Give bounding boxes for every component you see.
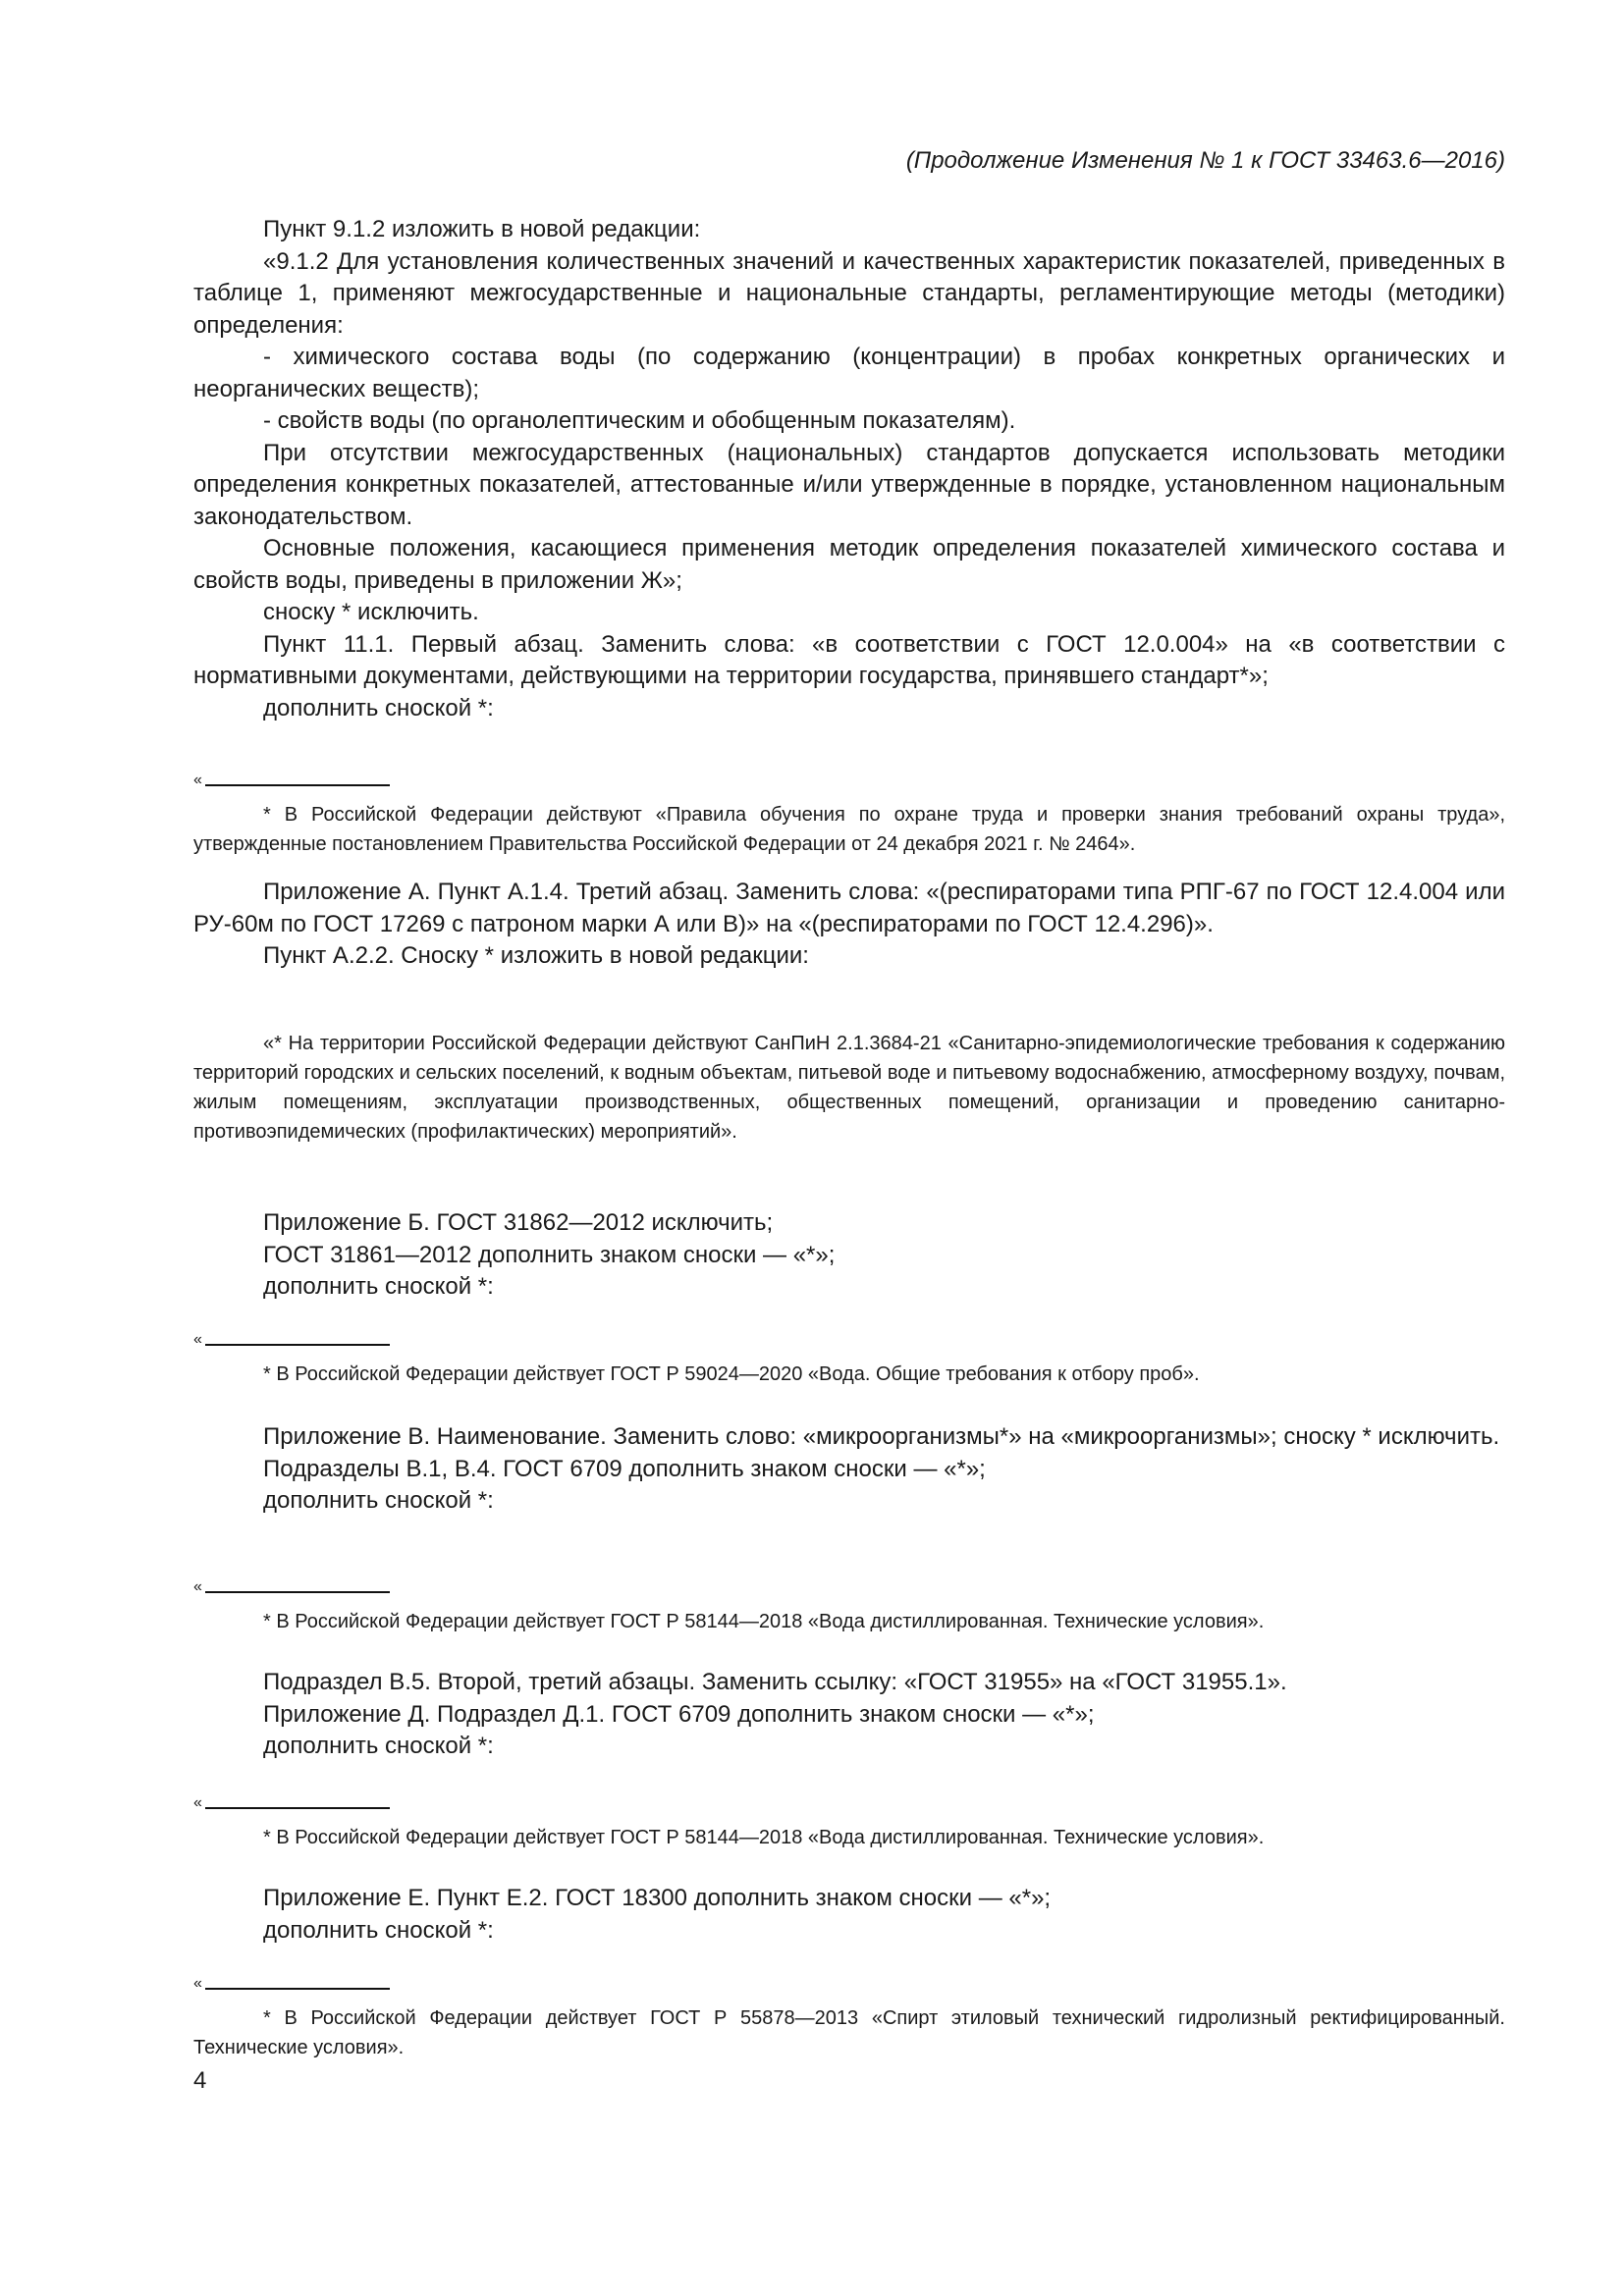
section-appendix-v: Приложение В. Наименование. Заменить сло… [193, 1421, 1505, 1518]
separator-line [205, 1344, 390, 1346]
paragraph: Пункт 9.1.2 изложить в новой редакции: [193, 214, 1505, 246]
paragraph: дополнить сноской *: [193, 1485, 1505, 1518]
paragraph: ГОСТ 31861—2012 дополнить знаком сноски … [263, 1240, 1575, 1272]
paragraph: «9.1.2 Для установления количественных з… [193, 246, 1505, 343]
paragraph: Приложение Е. Пункт Е.2. ГОСТ 18300 допо… [263, 1883, 1575, 1915]
paragraph: сноску * исключить. [193, 597, 1505, 629]
footnote-text: * В Российской Федерации действует ГОСТ … [193, 1607, 1505, 1636]
list-item: - химического состава воды (по содержани… [193, 342, 1505, 405]
footnote: * В Российской Федерации действуют «Прав… [193, 800, 1505, 859]
paragraph: Приложение Д. Подраздел Д.1. ГОСТ 6709 д… [263, 1699, 1575, 1732]
footnote-text: * В Российской Федерации действует ГОСТ … [193, 1823, 1505, 1852]
paragraph: Основные положения, касающиеся применени… [193, 533, 1505, 597]
separator-line [205, 784, 390, 786]
paragraph: Подразделы В.1, В.4. ГОСТ 6709 дополнить… [193, 1454, 1505, 1486]
footnote-separator: « [193, 1985, 400, 1999]
footnote: * В Российской Федерации действует ГОСТ … [193, 1823, 1505, 1852]
quoted-footnote: «* На территории Российской Федерации де… [193, 1029, 1505, 1147]
paragraph: дополнить сноской *: [193, 693, 1505, 725]
footnote-text: * В Российской Федерации действует ГОСТ … [193, 1360, 1505, 1389]
paragraph: Приложение В. Наименование. Заменить сло… [193, 1421, 1505, 1454]
section-appendix-e: Приложение Е. Пункт Е.2. ГОСТ 18300 допо… [193, 1883, 1575, 1947]
footnote: * В Российской Федерации действует ГОСТ … [193, 1607, 1505, 1636]
separator-mark: « [193, 1795, 202, 1811]
footnote-text: «* На территории Российской Федерации де… [193, 1029, 1505, 1147]
footnote-text: * В Российской Федерации действуют «Прав… [193, 800, 1505, 859]
footnote: * В Российской Федерации действует ГОСТ … [193, 2003, 1505, 2062]
separator-mark: « [193, 773, 202, 788]
paragraph: Пункт А.2.2. Сноску * изложить в новой р… [193, 940, 1505, 973]
footnote-separator: « [193, 1588, 400, 1602]
footnote-separator: « [193, 1804, 400, 1818]
footnote-separator: « [193, 781, 400, 795]
footnote: * В Российской Федерации действует ГОСТ … [193, 1360, 1505, 1389]
separator-mark: « [193, 1976, 202, 1992]
section-9-1-2: Пункт 9.1.2 изложить в новой редакции: «… [193, 214, 1505, 724]
paragraph: Пункт 11.1. Первый абзац. Заменить слова… [193, 629, 1505, 693]
paragraph: Приложение А. Пункт А.1.4. Третий абзац.… [193, 877, 1505, 940]
separator-mark: « [193, 1579, 202, 1595]
list-item: - свойств воды (по органолептическим и о… [193, 405, 1505, 438]
page-number: 4 [193, 2067, 206, 2095]
paragraph: дополнить сноской *: [263, 1271, 1575, 1304]
section-appendix-d: Подраздел В.5. Второй, третий абзацы. За… [193, 1667, 1575, 1763]
paragraph: При отсутствии межгосударственных (нацио… [193, 438, 1505, 534]
footnote-separator: « [193, 1341, 400, 1355]
separator-line [205, 1591, 390, 1593]
paragraph: дополнить сноской *: [263, 1731, 1575, 1763]
paragraph: Приложение Б. ГОСТ 31862—2012 исключить; [263, 1207, 1575, 1240]
separator-line [205, 1988, 390, 1990]
separator-line [205, 1807, 390, 1809]
running-header: (Продолжение Изменения № 1 к ГОСТ 33463.… [906, 147, 1505, 175]
section-appendix-b: Приложение Б. ГОСТ 31862—2012 исключить;… [193, 1207, 1575, 1304]
section-appendix-a: Приложение А. Пункт А.1.4. Третий абзац.… [193, 877, 1505, 973]
paragraph: дополнить сноской *: [263, 1915, 1575, 1948]
separator-mark: « [193, 1332, 202, 1348]
footnote-text: * В Российской Федерации действует ГОСТ … [193, 2003, 1505, 2062]
paragraph: Подраздел В.5. Второй, третий абзацы. За… [263, 1667, 1575, 1699]
